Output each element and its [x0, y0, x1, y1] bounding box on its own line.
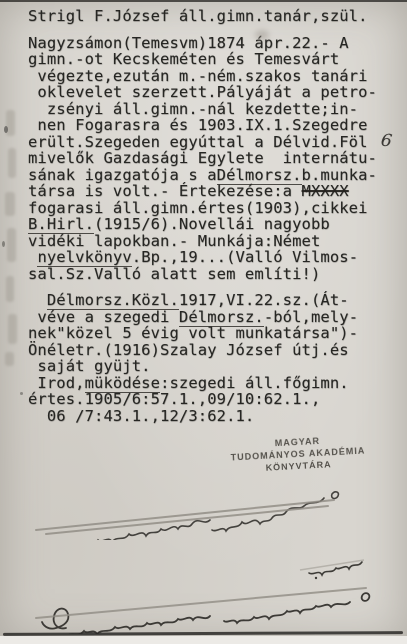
typewritten-line: 06 /7:43.1.,12/3:62.1. — [28, 408, 400, 425]
ink-speck — [20, 392, 23, 395]
typewritten-line: mivelők Gazdasági Egylete internátu- — [28, 150, 400, 167]
typewritten-line: erült.Szegeden egyúttal a Délvid.Föl — [28, 134, 400, 151]
typewritten-line: Strigl F.József áll.gimn.tanár,szül. — [28, 8, 400, 25]
typewritten-line: saját gyüjt. — [28, 358, 400, 375]
typewritten-line: nek"közel 5 évig volt munkatársa")- — [28, 325, 400, 342]
typewritten-line: vidéki lapokban.- Munkája:Német — [28, 233, 400, 250]
typewritten-line: B.Hirl.(1915/6).Novellái nagyobb — [28, 216, 400, 233]
ink-speck — [4, 126, 8, 133]
typewritten-line: nyelvkönyv.Bp.,19...(Valló Vilmos- — [28, 249, 400, 266]
typewritten-line: sának igazgatója s aDélmorsz.b.munka- — [28, 167, 400, 184]
typewritten-line: fogarasi áll.gimn.értes(1903),cikkei — [28, 200, 400, 217]
library-stamp: MAGYAR TUDOMÁNYOS AKADÉMIA KÖNYVTÁRA — [219, 433, 377, 475]
typewritten-line: gimn.-ot Kecskeméten és Temesvárt — [28, 51, 400, 68]
typewritten-line: Irod,müködése:szegedi áll.főgimn. — [28, 375, 400, 392]
typewritten-line: Önéletr.(1916)Szalay József útj.és — [28, 342, 400, 359]
scan-top-edge — [0, 0, 407, 2]
handwritten-note-crossed-out — [32, 484, 344, 540]
scanned-index-card: Strigl F.József áll.gimn.tanár,szül.Nagy… — [0, 0, 407, 644]
smudge-mark — [255, 30, 269, 40]
handwritten-note-bottom-crossed-out — [10, 572, 378, 634]
typewritten-line: zsényi áll.gimn.-nál kezdette;in- — [28, 101, 400, 118]
typewritten-line: oklevelet szerzett.Pályáját a petro- — [28, 84, 400, 101]
typewritten-line: Délmorsz.Közl.1917,VI.22.sz.(Át- — [28, 292, 400, 309]
typewritten-line: társa is volt.- Értekezése:a MXXXX — [28, 183, 400, 200]
typewritten-line: értes.1905/6:57.1.,09/10:62.1., — [28, 391, 400, 408]
typewritten-line: véve a szegedi Délmorsz.-ból,mely- — [28, 309, 400, 326]
typewritten-text-block: Strigl F.József áll.gimn.tanár,szül.Nagy… — [28, 8, 400, 424]
bleed-through-marks — [0, 108, 26, 368]
typewritten-line: sal.Sz.Valló alatt sem említi!) — [28, 266, 400, 283]
typewritten-line: végezte,ezután m.-ném.szakos tanári — [28, 68, 400, 85]
typewritten-line: nen Fogarasra és 1903.IX.1.Szegedre — [28, 117, 400, 134]
ink-speck — [2, 241, 5, 247]
typewritten-line: Nagyzsámon(Temesvm)1874 ápr.22.- A — [28, 35, 400, 52]
scan-margin-bottom — [0, 636, 407, 644]
